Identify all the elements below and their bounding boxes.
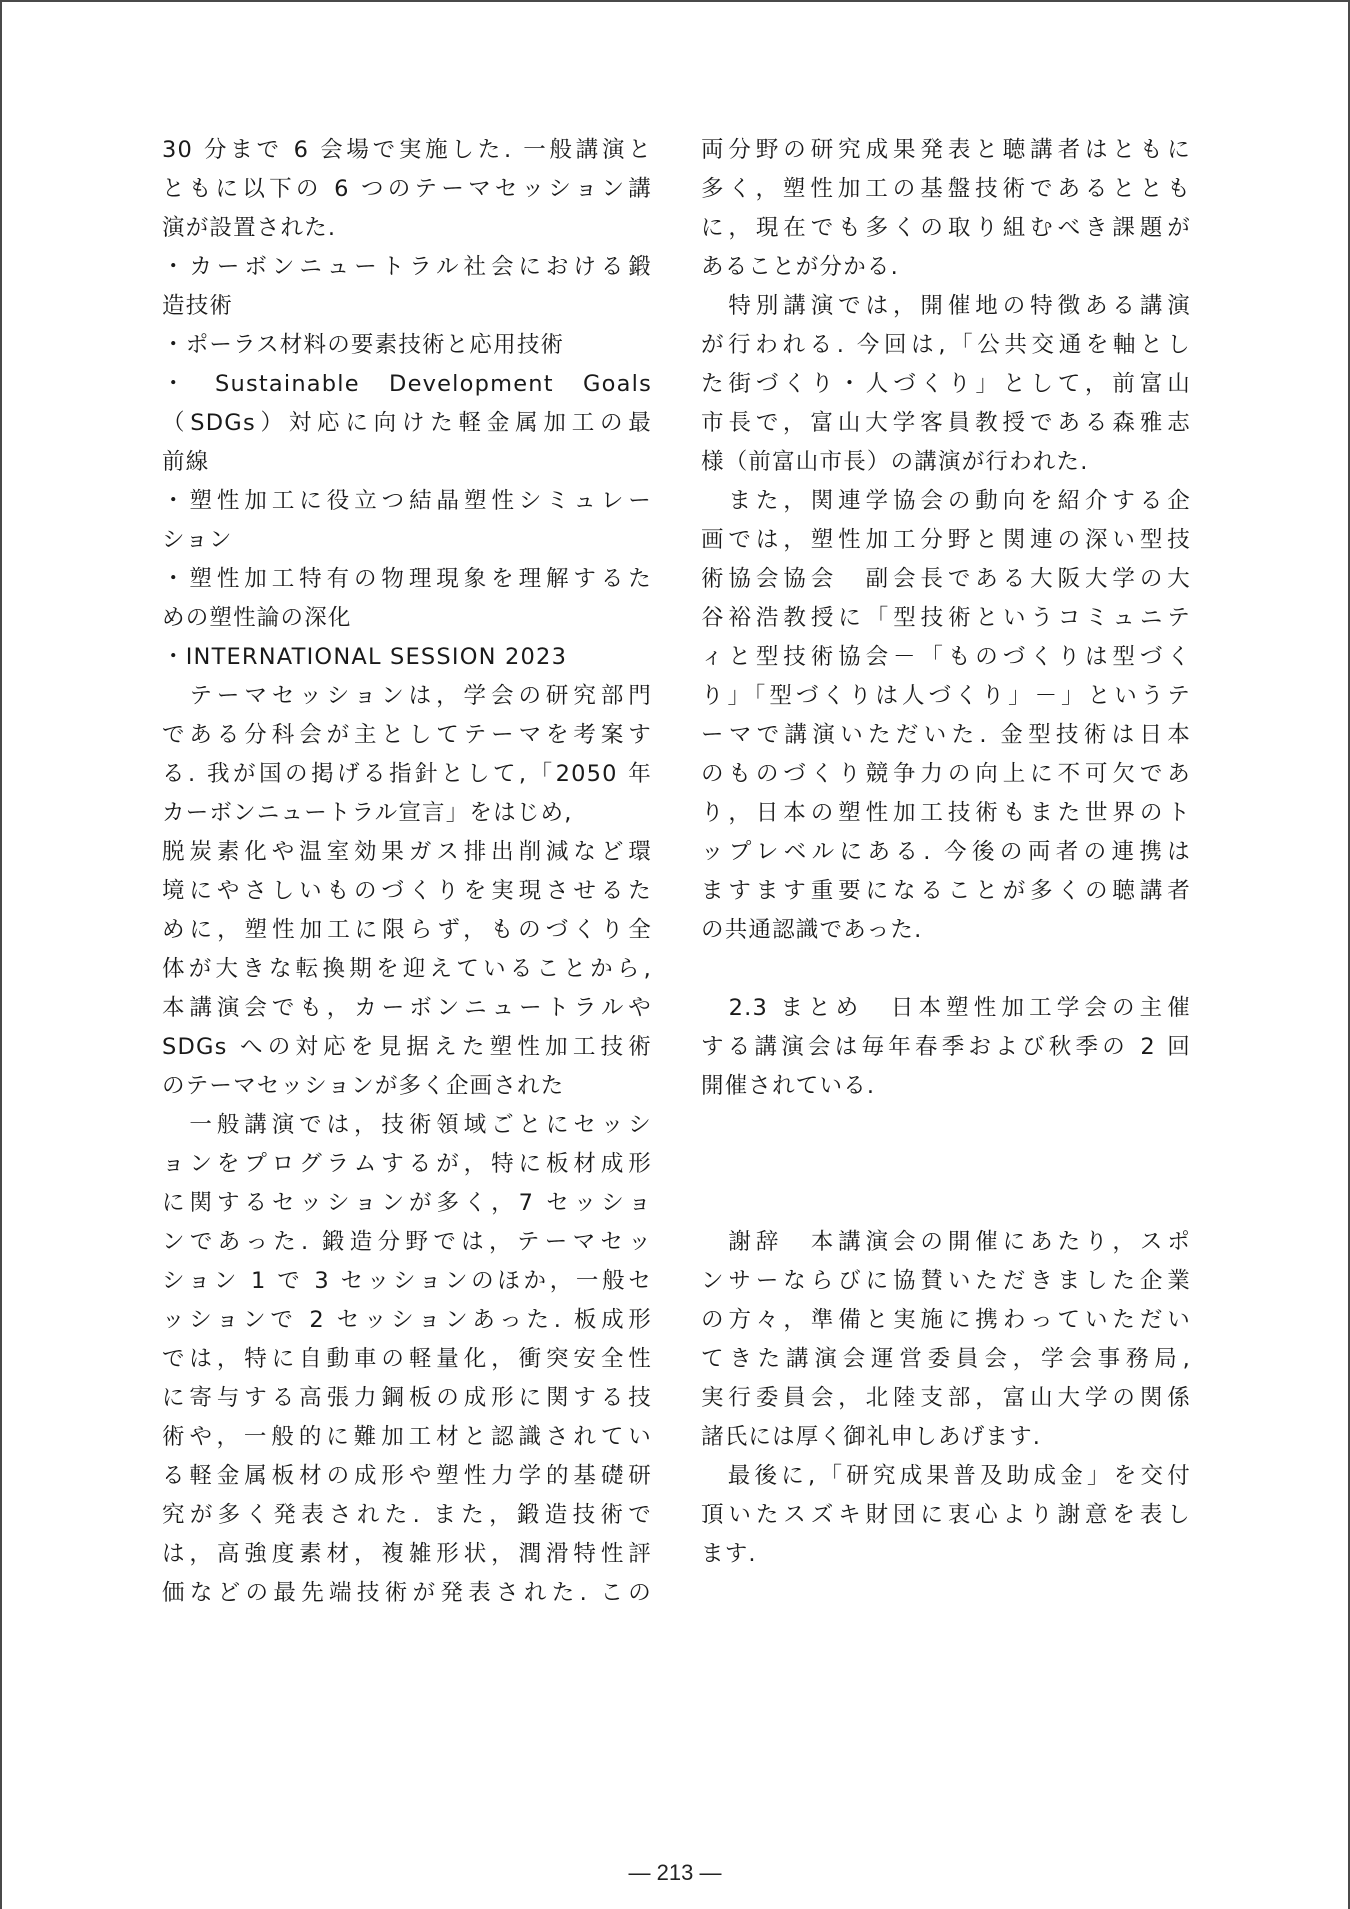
text-line: 一般講演では，技術領域ごとにセッシ (162, 1106, 652, 1145)
text-line: り」「型づくりは人づくり」－」というテ (701, 677, 1191, 716)
text-line: 術協会協会 副会長である大阪大学の大 (701, 560, 1191, 599)
text-line: テーマセッションは，学会の研究部門 (162, 677, 652, 716)
text-line: ッションで 2 セッションあった. 板成形 (162, 1301, 652, 1340)
text-line: 多く，塑性加工の基盤技術であるととも (701, 170, 1191, 209)
text-line: た街づくり・人づくり」として，前富山 (701, 365, 1191, 404)
text-line: する講演会は毎年春季および秋季の 2 回 (701, 1028, 1191, 1067)
text-line: 頂いたスズキ財団に衷心より謝意を表し (701, 1496, 1191, 1535)
text-line: めの塑性論の深化 (162, 599, 652, 638)
text-line: 謝辞 本講演会の開催にあたり，スポ (701, 1223, 1191, 1262)
text-line: が行われる. 今回は,「公共交通を軸とし (701, 326, 1191, 365)
text-line: 画では，塑性加工分野と関連の深い型技 (701, 521, 1191, 560)
text-line: ともに以下の 6 つのテーマセッション講 (162, 170, 652, 209)
text-line: めに，塑性加工に限らず，ものづくり全 (162, 911, 652, 950)
blank-line (701, 1145, 1191, 1184)
text-line: てきた講演会運営委員会，学会事務局, (701, 1340, 1191, 1379)
text-line: 諸氏には厚く御礼申しあげます. (701, 1418, 1191, 1457)
text-line: ョンをプログラムするが，特に板材成形 (162, 1145, 652, 1184)
text-line: 体が大きな転換期を迎えていることから, (162, 950, 652, 989)
text-line: ンサーならびに協賛いただきました企業 (701, 1262, 1191, 1301)
text-line: である分科会が主としてテーマを考案す (162, 716, 652, 755)
text-line: ーマで講演いただいた. 金型技術は日本 (701, 716, 1191, 755)
text-line: り，日本の塑性加工技術もまた世界のト (701, 794, 1191, 833)
text-line: の共通認識であった. (701, 911, 1191, 950)
text-line: 市長で，富山大学客員教授である森雅志 (701, 404, 1191, 443)
text-line: に関するセッションが多く，7 セッショ (162, 1184, 652, 1223)
text-line: に，現在でも多くの取り組むべき課題が (701, 209, 1191, 248)
text-line: ・塑性加工に役立つ結晶塑性シミュレー (162, 482, 652, 521)
text-line: 2.3 まとめ 日本塑性加工学会の主催 (701, 989, 1191, 1028)
text-line: ます. (701, 1535, 1191, 1574)
text-line: 30 分まで 6 会場で実施した. 一般講演と (162, 131, 652, 170)
text-line: ・INTERNATIONAL SESSION 2023 (162, 638, 652, 677)
text-line: のテーマセッションが多く企画された (162, 1067, 652, 1106)
text-line: 両分野の研究成果発表と聴講者はともに (701, 131, 1191, 170)
text-line: あることが分かる. (701, 248, 1191, 287)
text-line: ション (162, 521, 652, 560)
text-line: 造技術 (162, 287, 652, 326)
text-line: ・ Sustainable Development Goals (162, 365, 652, 404)
text-line: 究が多く発表された. また，鍛造技術で (162, 1496, 652, 1535)
text-line: ション 1 で 3 セッションのほか，一般セ (162, 1262, 652, 1301)
text-line: また，関連学協会の動向を紹介する企 (701, 482, 1191, 521)
text-line: 脱炭素化や温室効果ガス排出削減など環 (162, 833, 652, 872)
text-line: ップレベルにある. 今後の両者の連携は (701, 833, 1191, 872)
text-line: ィと型技術協会－「ものづくりは型づく (701, 638, 1191, 677)
blank-line (701, 1106, 1191, 1145)
text-line: は，高強度素材，複雑形状，潤滑特性評 (162, 1535, 652, 1574)
text-line: る軽金属板材の成形や塑性力学的基礎研 (162, 1457, 652, 1496)
text-line: 特別講演では，開催地の特徴ある講演 (701, 287, 1191, 326)
blank-line (701, 950, 1191, 989)
text-line: 価などの最先端技術が発表された. この (162, 1574, 652, 1613)
text-line: 前線 (162, 443, 652, 482)
text-line: カーボンニュートラル宣言」をはじめ, (162, 794, 652, 833)
text-line: 境にやさしいものづくりを実現させるた (162, 872, 652, 911)
text-line: ・カーボンニュートラル社会における鍛 (162, 248, 652, 287)
text-line: る. 我が国の掲げる指針として,「2050 年 (162, 755, 652, 794)
text-line: 実行委員会，北陸支部，富山大学の関係 (701, 1379, 1191, 1418)
blank-line (701, 1184, 1191, 1223)
text-line: のものづくり競争力の向上に不可欠であ (701, 755, 1191, 794)
text-line: の方々，準備と実施に携わっていただい (701, 1301, 1191, 1340)
text-line: 様（前富山市長）の講演が行われた. (701, 443, 1191, 482)
left-column: 30 分まで 6 会場で実施した. 一般講演とともに以下の 6 つのテーマセッシ… (162, 131, 652, 1613)
text-line: 術や，一般的に難加工材と認識されてい (162, 1418, 652, 1457)
text-line: ・塑性加工特有の物理現象を理解するた (162, 560, 652, 599)
page-number: — 213 — (0, 1862, 1350, 1884)
text-line: ンであった. 鍛造分野では，テーマセッ (162, 1223, 652, 1262)
text-line: 最後に,「研究成果普及助成金」を交付 (701, 1457, 1191, 1496)
text-line: 演が設置された. (162, 209, 652, 248)
text-line: （SDGs）対応に向けた軽金属加工の最 (162, 404, 652, 443)
text-line: に寄与する高張力鋼板の成形に関する技 (162, 1379, 652, 1418)
text-line: 本講演会でも，カーボンニュートラルや (162, 989, 652, 1028)
text-line: では，特に自動車の軽量化，衝突安全性 (162, 1340, 652, 1379)
right-column: 両分野の研究成果発表と聴講者はともに多く，塑性加工の基盤技術であるとともに，現在… (701, 131, 1191, 1574)
text-line: 開催されている. (701, 1067, 1191, 1106)
text-line: SDGs への対応を見据えた塑性加工技術 (162, 1028, 652, 1067)
text-line: ・ポーラス材料の要素技術と応用技術 (162, 326, 652, 365)
text-line: 谷裕浩教授に「型技術というコミュニテ (701, 599, 1191, 638)
text-line: ますます重要になることが多くの聴講者 (701, 872, 1191, 911)
